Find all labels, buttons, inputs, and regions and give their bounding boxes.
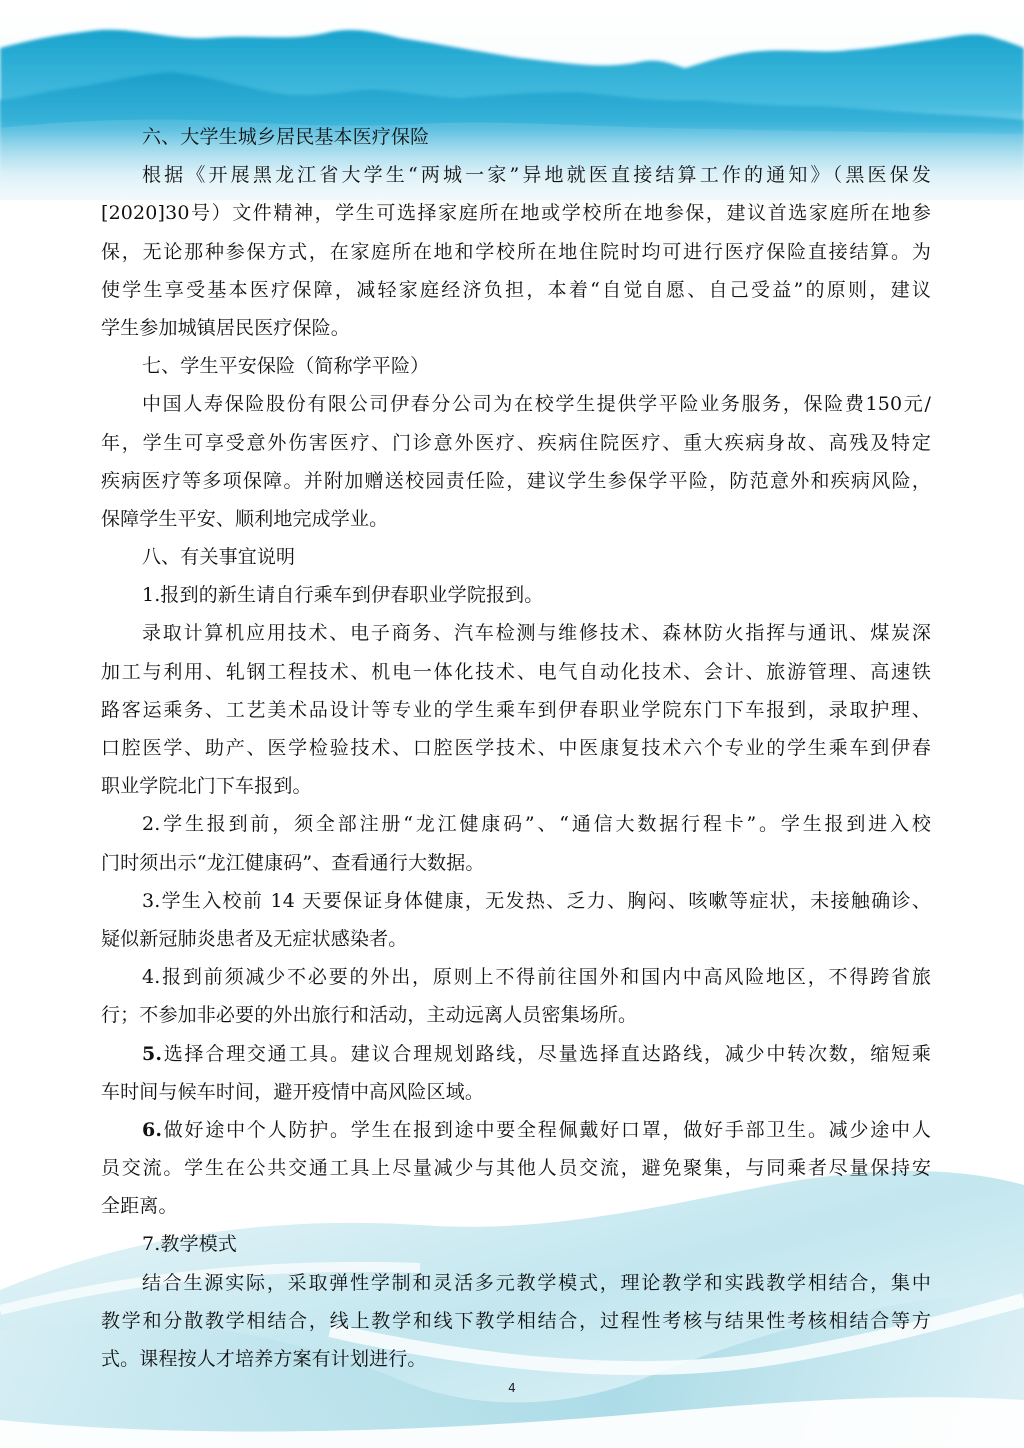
text-line: 保障学生平安、顺利地完成学业。 (101, 500, 931, 538)
text-line: 1.报到的新生请自行乘车到伊春职业学院报到。 (101, 576, 931, 614)
text-line: 结合生源实际，采取弹性学制和灵活多元教学模式，理论教学和实践教学相结合，集中 (101, 1264, 931, 1302)
text-line-content: 疑似新冠肺炎患者及无症状感染者。 (101, 928, 407, 950)
text-line: 保，无论那种参保方式，在家庭所在地和学校所在地住院时均可进行医疗保险直接结算。为 (101, 233, 931, 271)
text-line: 年，学生可享受意外伤害医疗、门诊意外医疗、疾病住院医疗、重大疾病身故、高残及特定 (101, 424, 931, 462)
text-line-content: 3.学生入校前 14 天要保证身体健康，无发热、乏力、胸闷、咳嗽等症状，未接触确… (142, 890, 931, 912)
text-line-content: [2020]30号）文件精神，学生可选择家庭所在地或学校所在地参保，建议首选家庭… (101, 202, 931, 224)
text-line-content: 七、学生平安保险（简称学平险） (142, 355, 429, 377)
text-line: [2020]30号）文件精神，学生可选择家庭所在地或学校所在地参保，建议首选家庭… (101, 194, 931, 232)
text-line-content: 式。课程按人才培养方案有计划进行。 (101, 1348, 427, 1370)
text-line: 学生参加城镇居民医疗保险。 (101, 309, 931, 347)
text-line-content: 八、有关事宜说明 (142, 546, 295, 568)
text-line: 6.做好途中个人防护。学生在报到途中要全程佩戴好口罩，做好手部卫生。减少途中人 (101, 1111, 931, 1149)
text-line: 4.报到前须减少不必要的外出，原则上不得前往国外和国内中高风险地区，不得跨省旅 (101, 958, 931, 996)
text-line: 八、有关事宜说明 (101, 538, 931, 576)
text-line: 3.学生入校前 14 天要保证身体健康，无发热、乏力、胸闷、咳嗽等症状，未接触确… (101, 882, 931, 920)
text-line-content: 根据《开展黑龙江省大学生“两城一家”异地就医直接结算工作的通知》（黑医保发 (142, 164, 931, 186)
text-line-content: 员交流。学生在公共交通工具上尽量减少与其他人员交流，避免聚集，与同乘者尽量保持安 (101, 1157, 931, 1179)
text-line: 路客运乘务、工艺美术品设计等专业的学生乘车到伊春职业学院东门下车报到，录取护理、 (101, 691, 931, 729)
text-line: 教学和分散教学相结合，线上教学和线下教学相结合，过程性考核与结果性考核相结合等方 (101, 1302, 931, 1340)
text-line: 疑似新冠肺炎患者及无症状感染者。 (101, 920, 931, 958)
text-line-content: 结合生源实际，采取弹性学制和灵活多元教学模式，理论教学和实践教学相结合，集中 (142, 1272, 931, 1294)
text-line-content: 路客运乘务、工艺美术品设计等专业的学生乘车到伊春职业学院东门下车报到，录取护理、 (101, 699, 931, 721)
text-line: 式。课程按人才培养方案有计划进行。 (101, 1340, 931, 1378)
text-line: 使学生享受基本医疗保障，减轻家庭经济负担，本着“自觉自愿、自己受益”的原则，建议 (101, 271, 931, 309)
list-number: 5. (142, 1043, 162, 1065)
text-line-content: 加工与利用、轧钢工程技术、机电一体化技术、电气自动化技术、会计、旅游管理、高速铁 (101, 661, 931, 683)
text-line: 口腔医学、助产、医学检验技术、口腔医学技术、中医康复技术六个专业的学生乘车到伊春 (101, 729, 931, 767)
text-line-content: 门时须出示“龙江健康码”、查看通行大数据。 (101, 852, 485, 874)
text-line: 7.教学模式 (101, 1225, 931, 1263)
text-line: 六、大学生城乡居民基本医疗保险 (101, 118, 931, 156)
text-line-content: 教学和分散教学相结合，线上教学和线下教学相结合，过程性考核与结果性考核相结合等方 (101, 1310, 931, 1332)
text-line: 员交流。学生在公共交通工具上尽量减少与其他人员交流，避免聚集，与同乘者尽量保持安 (101, 1149, 931, 1187)
text-line-content: 行；不参加非必要的外出旅行和活动，主动远离人员密集场所。 (101, 1004, 637, 1026)
text-line-content: 年，学生可享受意外伤害医疗、门诊意外医疗、疾病住院医疗、重大疾病身故、高残及特定 (101, 432, 931, 454)
text-line-content: 4.报到前须减少不必要的外出，原则上不得前往国外和国内中高风险地区，不得跨省旅 (142, 966, 931, 988)
text-line: 2.学生报到前，须全部注册“龙江健康码”、“通信大数据行程卡”。学生报到进入校 (101, 805, 931, 843)
page-number: 4 (0, 1381, 1024, 1395)
text-line-content: 疾病医疗等多项保障。并附加赠送校园责任险，建议学生参保学平险，防范意外和疾病风险… (101, 470, 931, 492)
text-line-content: 2.学生报到前，须全部注册“龙江健康码”、“通信大数据行程卡”。学生报到进入校 (142, 813, 931, 835)
text-line-content: 全距离。 (101, 1195, 178, 1217)
text-line-content: 学生参加城镇居民医疗保险。 (101, 317, 350, 339)
text-line-content: 中国人寿保险股份有限公司伊春分公司为在校学生提供学平险业务服务，保险费150元/ (142, 393, 931, 415)
text-line: 5.选择合理交通工具。建议合理规划路线，尽量选择直达路线，减少中转次数，缩短乘 (101, 1035, 931, 1073)
text-line-content: 使学生享受基本医疗保障，减轻家庭经济负担，本着“自觉自愿、自己受益”的原则，建议 (101, 279, 931, 301)
text-line: 疾病医疗等多项保障。并附加赠送校园责任险，建议学生参保学平险，防范意外和疾病风险… (101, 462, 931, 500)
text-line-content: 职业学院北门下车报到。 (101, 775, 312, 797)
text-line: 七、学生平安保险（简称学平险） (101, 347, 931, 385)
text-line-content: 保障学生平安、顺利地完成学业。 (101, 508, 388, 530)
text-line-content: 1.报到的新生请自行乘车到伊春职业学院报到。 (142, 584, 543, 606)
text-line-content: 保，无论那种参保方式，在家庭所在地和学校所在地住院时均可进行医疗保险直接结算。为 (101, 241, 931, 263)
text-line-content: 录取计算机应用技术、电子商务、汽车检测与维修技术、森林防火指挥与通讯、煤炭深 (142, 622, 931, 644)
text-line-content: 六、大学生城乡居民基本医疗保险 (142, 126, 429, 148)
text-line: 中国人寿保险股份有限公司伊春分公司为在校学生提供学平险业务服务，保险费150元/ (101, 385, 931, 423)
text-line: 车时间与候车时间，避开疫情中高风险区域。 (101, 1073, 931, 1111)
text-line: 门时须出示“龙江健康码”、查看通行大数据。 (101, 844, 931, 882)
text-line: 职业学院北门下车报到。 (101, 767, 931, 805)
text-line: 录取计算机应用技术、电子商务、汽车检测与维修技术、森林防火指挥与通讯、煤炭深 (101, 614, 931, 652)
text-line: 全距离。 (101, 1187, 931, 1225)
text-line-content: 口腔医学、助产、医学检验技术、口腔医学技术、中医康复技术六个专业的学生乘车到伊春 (101, 737, 931, 759)
text-line: 加工与利用、轧钢工程技术、机电一体化技术、电气自动化技术、会计、旅游管理、高速铁 (101, 653, 931, 691)
text-line-content: 做好途中个人防护。学生在报到途中要全程佩戴好口罩，做好手部卫生。减少途中人 (162, 1119, 931, 1141)
text-line: 行；不参加非必要的外出旅行和活动，主动远离人员密集场所。 (101, 996, 931, 1034)
text-line-content: 7.教学模式 (142, 1233, 237, 1255)
text-line: 根据《开展黑龙江省大学生“两城一家”异地就医直接结算工作的通知》（黑医保发 (101, 156, 931, 194)
document-body: 六、大学生城乡居民基本医疗保险根据《开展黑龙江省大学生“两城一家”异地就医直接结… (101, 118, 931, 1378)
list-number: 6. (142, 1119, 162, 1141)
text-line-content: 车时间与候车时间，避开疫情中高风险区域。 (101, 1081, 484, 1103)
text-line-content: 选择合理交通工具。建议合理规划路线，尽量选择直达路线，减少中转次数，缩短乘 (162, 1043, 931, 1065)
